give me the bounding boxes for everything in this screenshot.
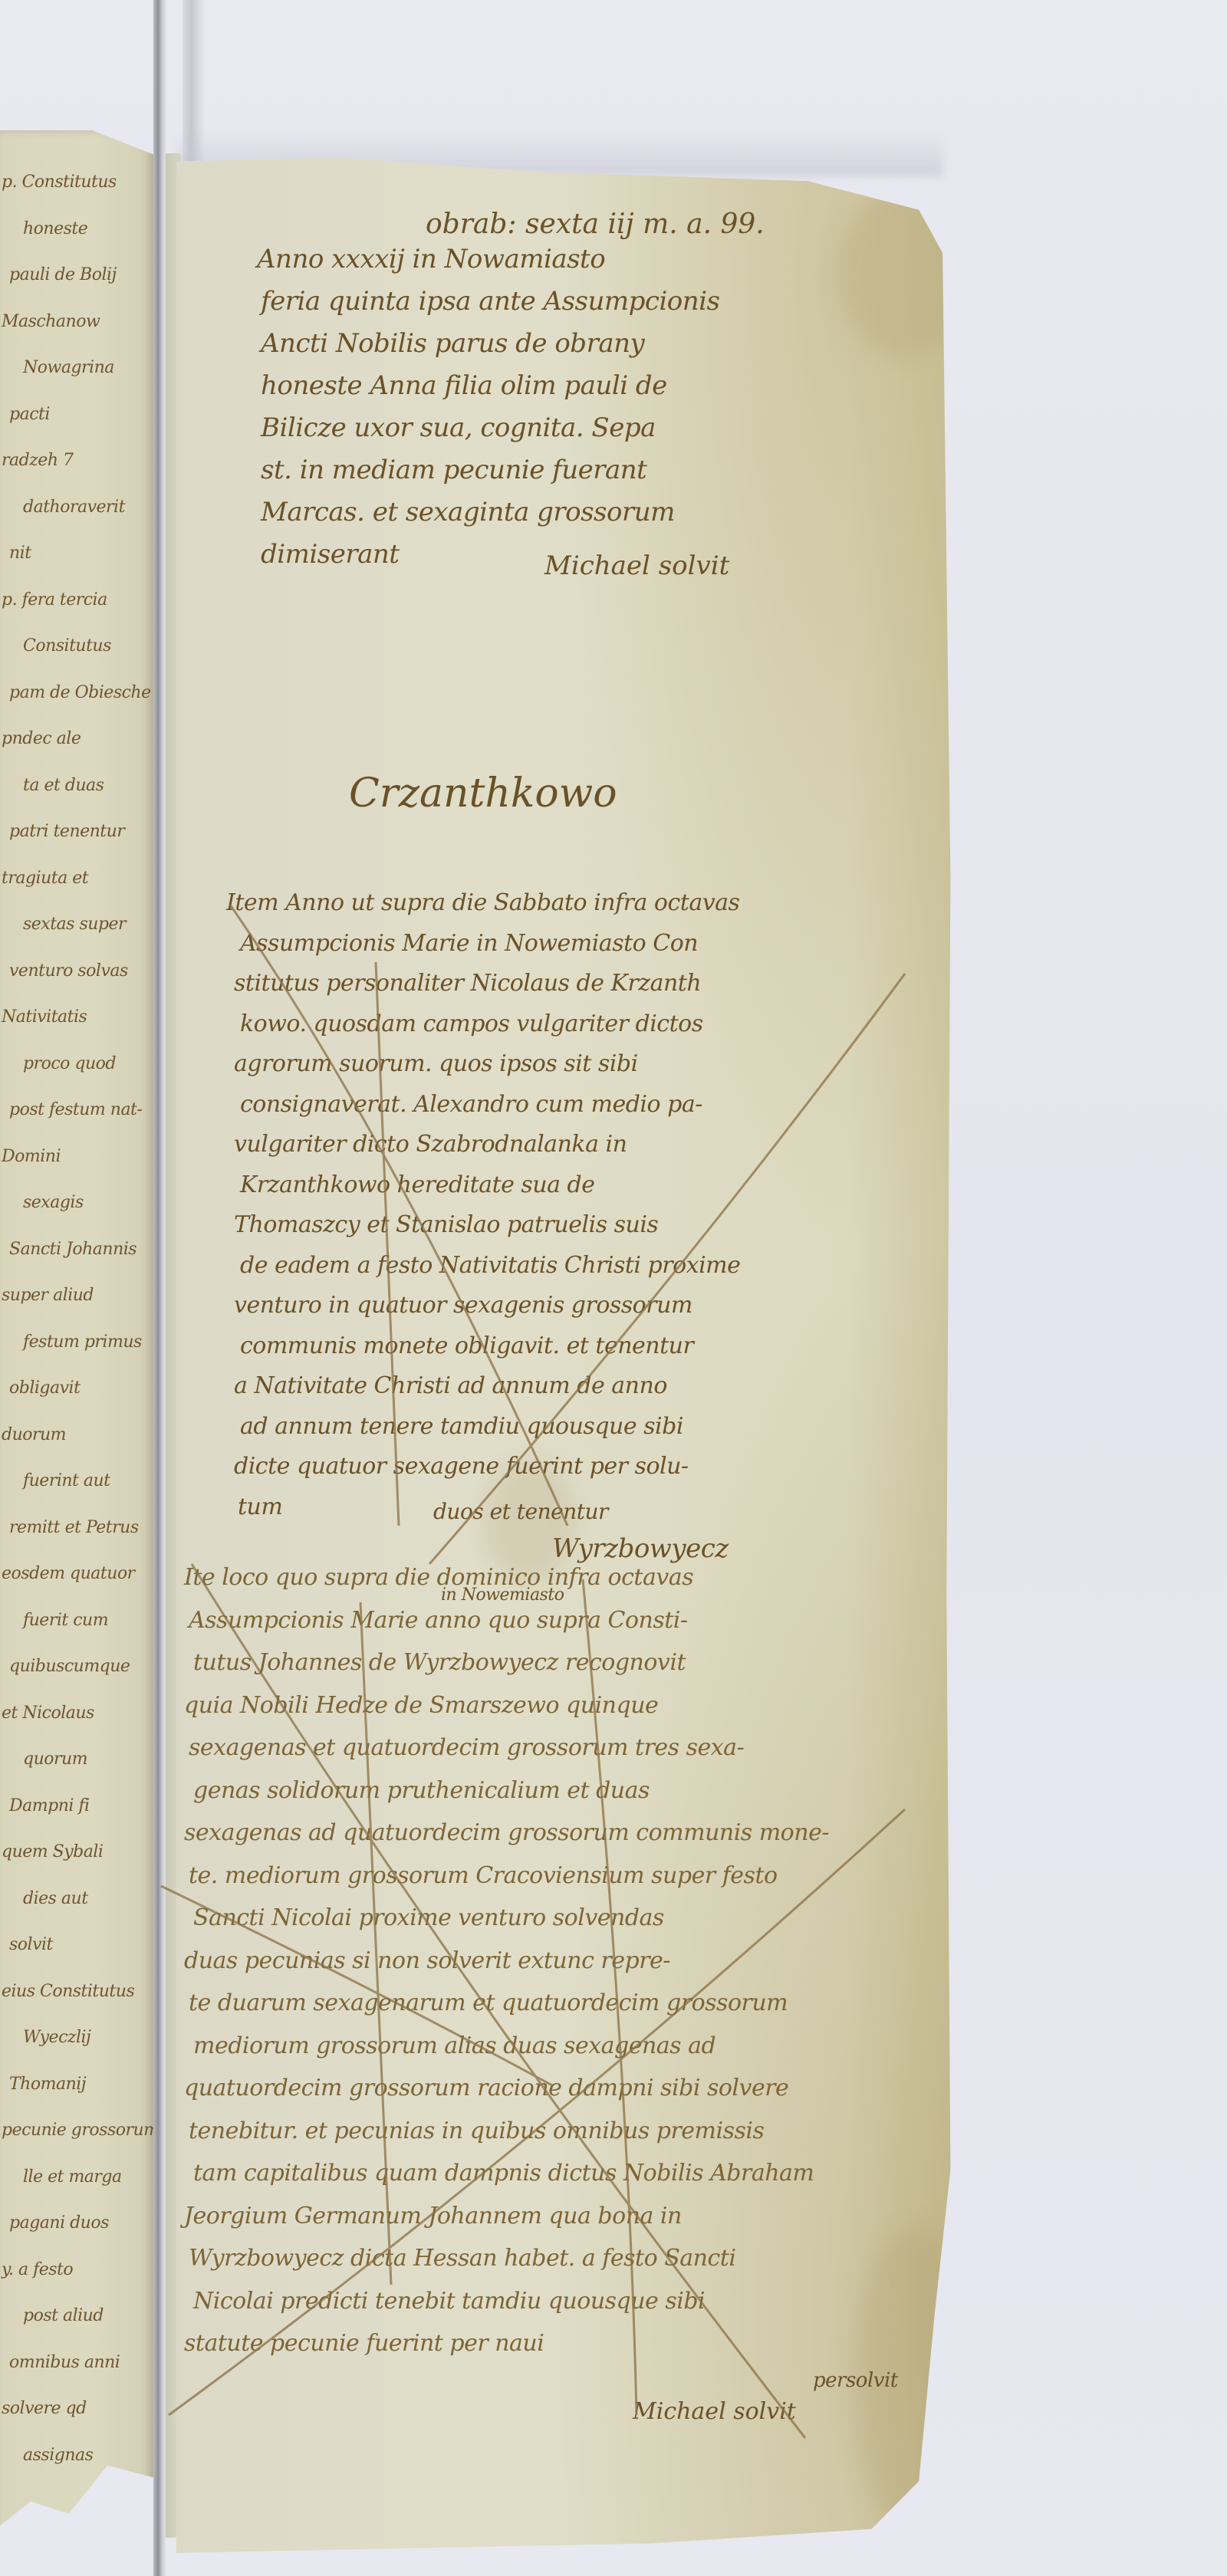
entry-2-line: venturo in quatuor sexagenis grossorum xyxy=(234,1292,692,1319)
left-margin-line: post festum nat- xyxy=(9,1100,142,1119)
entry-2-line: Krzanthkowo hereditate sua de xyxy=(240,1171,595,1198)
left-margin-line: eosdem quatuor xyxy=(2,1564,135,1583)
left-margin-line: duorum xyxy=(2,1425,66,1444)
entry-1-line: dimiserant xyxy=(261,539,399,570)
entry-3-line: Jeorgium Germanum Johannem qua bona in xyxy=(184,2203,682,2229)
left-margin-line: super aliud xyxy=(2,1286,94,1305)
left-margin-line: pauli de Bolij xyxy=(9,265,117,284)
entry-3-signature: Michael solvit xyxy=(633,2398,796,2425)
left-margin-line: sexagis xyxy=(23,1193,84,1212)
left-margin-line: omnibus anni xyxy=(9,2353,120,2372)
entry-1-line: st. in mediam pecunie fuerant xyxy=(261,455,646,485)
entry-1-line: feria quinta ipsa ante Assumpcionis xyxy=(261,286,719,317)
left-margin-line: solvere qd xyxy=(2,2399,87,2418)
entry-2-line: stitutus personaliter Nicolaus de Krzant… xyxy=(234,970,701,997)
entry-3-line: tam capitalibus quam dampnis dictus Nobi… xyxy=(193,2160,814,2187)
left-margin-line: sextas super xyxy=(23,915,126,934)
left-margin-line: remitt et Petrus xyxy=(9,1518,139,1537)
entry-2-line: consignaverat. Alexandro cum medio pa- xyxy=(240,1091,702,1118)
left-margin-line: honeste xyxy=(23,219,87,238)
left-margin-line: assignas xyxy=(23,2446,93,2465)
entry-2-line: ad annum tenere tamdiu quousque sibi xyxy=(240,1413,683,1440)
entry-3-line: tenebitur. et pecunias in quibus omnibus… xyxy=(189,2118,764,2144)
left-margin-line: lle et marga xyxy=(23,2167,122,2187)
left-margin-line: fuerit cum xyxy=(23,1611,108,1630)
left-margin-line: ta et duas xyxy=(23,776,104,795)
left-facing-page: p. Constitutushonestepauli de BolijMasch… xyxy=(0,130,153,2538)
left-margin-line: Dampni fi xyxy=(9,1796,90,1815)
left-margin-line: Domini xyxy=(2,1147,61,1166)
left-margin-line: pam de Obiesche xyxy=(9,683,151,702)
entry-3-line: mediorum grossorum alias duas sexagenas … xyxy=(193,2032,715,2059)
entry-2-line: communis monete obligavit. et tenentur xyxy=(240,1332,693,1359)
left-margin-line: et Nicolaus xyxy=(2,1704,94,1723)
entry-1-line: Marcas. et sexaginta grossorum xyxy=(261,497,675,527)
entry-3-line: quia Nobili Hedze de Smarszewo quinque xyxy=(184,1692,658,1719)
entry-1-line: Bilicze uxor sua, cognita. Sepa xyxy=(261,412,656,443)
left-margin-line: Nativitatis xyxy=(2,1007,87,1027)
binding-sleeve-edge xyxy=(153,0,166,2576)
left-margin-line: Thomanij xyxy=(9,2075,86,2094)
entry-3-line: sexagenas et quatuordecim grossorum tres… xyxy=(189,1734,744,1761)
entry-3-line: sexagenas ad quatuordecim grossorum comm… xyxy=(184,1819,829,1846)
entry-3-line: te duarum sexagenarum et quatuordecim gr… xyxy=(189,1990,788,2016)
entry-3-line: te. mediorum grossorum Cracoviensium sup… xyxy=(189,1862,778,1889)
entry-heading-crzanthkowo: Crzanthkowo xyxy=(349,770,617,816)
left-margin-line: dies aut xyxy=(23,1889,88,1908)
left-margin-line: p. fera tercia xyxy=(2,590,107,609)
entry-3-line: duas pecunias si non solverit extunc rep… xyxy=(184,1947,670,1974)
left-margin-line: pecunie grossorum xyxy=(2,2121,160,2140)
left-margin-line: Consitutus xyxy=(23,636,111,655)
left-margin-line: pndec ale xyxy=(2,729,81,748)
folio-note: obrab: sexta iij m. a. 99. xyxy=(426,209,765,240)
entry-3-line: tutus Johannes de Wyrzbowyecz recognovit xyxy=(193,1649,686,1676)
entry-1-line: Ancti Nobilis parus de obrany xyxy=(261,328,644,359)
entry-2-interlinear-note: duos et tenentur xyxy=(433,1499,608,1524)
left-margin-line: p. Constitutus xyxy=(2,172,117,192)
entry-2-line: agrorum suorum. quos ipsos sit sibi xyxy=(234,1050,638,1077)
entry-2-line: Item Anno ut supra die Sabbato infra oct… xyxy=(226,889,739,916)
left-margin-line: pacti xyxy=(9,405,50,424)
entry-2-line: Assumpcionis Marie in Nowemiasto Con xyxy=(240,930,698,957)
entry-2-line: dicte quatuor sexagene fuerint per solu- xyxy=(234,1453,689,1480)
left-margin-line: fuerint aut xyxy=(23,1471,110,1490)
left-margin-line: quibuscumque xyxy=(9,1657,130,1676)
entry-3-line: Wyrzbowyecz dicta Hessan habet. a festo … xyxy=(189,2245,735,2272)
left-margin-line: dathoraverit xyxy=(23,498,125,517)
entry-heading-wyrzbowyecz: Wyrzbowyecz xyxy=(552,1533,729,1564)
left-margin-line: tragiuta et xyxy=(2,869,88,888)
left-margin-line: venturo solvas xyxy=(9,961,128,981)
left-margin-line: Maschanow xyxy=(2,312,100,331)
entry-2-line: a Nativitate Christi ad annum de anno xyxy=(234,1372,667,1399)
left-margin-line: quem Sybali xyxy=(2,1842,103,1861)
entry-3-line: statute pecunie fuerint per naui xyxy=(184,2330,544,2357)
entry-2-line: Thomaszcy et Stanislao patruelis suis xyxy=(234,1211,658,1238)
entry-3-line: quatuordecim grossorum racione dampni si… xyxy=(184,2075,788,2101)
entry-3-line: Sancti Nicolai proxime venturo solvendas xyxy=(193,1904,664,1931)
entry-1-line: Anno xxxxij in Nowamiasto xyxy=(257,244,605,274)
left-margin-line: eius Constitutus xyxy=(2,1982,134,2001)
entry-1-signature: Michael solvit xyxy=(544,550,729,581)
entry-2-line: kowo. quosdam campos vulgariter dictos xyxy=(240,1010,703,1037)
entry-1-line: honeste Anna filia olim pauli de xyxy=(261,370,667,401)
left-margin-line: Sancti Johannis xyxy=(9,1240,137,1259)
left-margin-line: festum primus xyxy=(23,1332,142,1352)
entry-2-line: vulgariter dicto Szabrodnalanka in xyxy=(234,1131,627,1158)
left-margin-line: solvit xyxy=(9,1935,53,1954)
left-margin-line: proco quod xyxy=(23,1054,116,1073)
entry-3-line: Assumpcionis Marie anno quo supra Consti… xyxy=(189,1607,688,1634)
left-margin-line: y. a festo xyxy=(2,2260,73,2279)
left-page-margin-text: p. Constitutushonestepauli de BolijMasch… xyxy=(0,130,153,2538)
left-margin-line: obligavit xyxy=(9,1378,80,1398)
left-margin-line: Wyeczlij xyxy=(23,2028,90,2047)
left-margin-line: quorum xyxy=(23,1750,87,1769)
entry-2-line: de eadem a festo Nativitatis Christi pro… xyxy=(240,1252,740,1279)
entry-3-line: genas solidorum pruthenicalium et duas xyxy=(193,1777,650,1804)
left-margin-line: radzeh 7 xyxy=(2,451,74,470)
left-margin-line: nit xyxy=(9,544,31,563)
entry-2-line: tum xyxy=(238,1493,282,1520)
left-margin-line: post aliud xyxy=(23,2306,104,2325)
left-margin-line: patri tenentur xyxy=(9,822,124,841)
entry-3-line: Ite loco quo supra die dominico infra oc… xyxy=(184,1564,693,1591)
left-margin-line: Nowagrina xyxy=(23,358,114,377)
left-margin-line: pagani duos xyxy=(9,2213,109,2233)
entry-3-margin-note: persolvit xyxy=(813,2369,898,2392)
entry-3-line: Nicolai predicti tenebit tamdiu quousque… xyxy=(193,2288,705,2315)
